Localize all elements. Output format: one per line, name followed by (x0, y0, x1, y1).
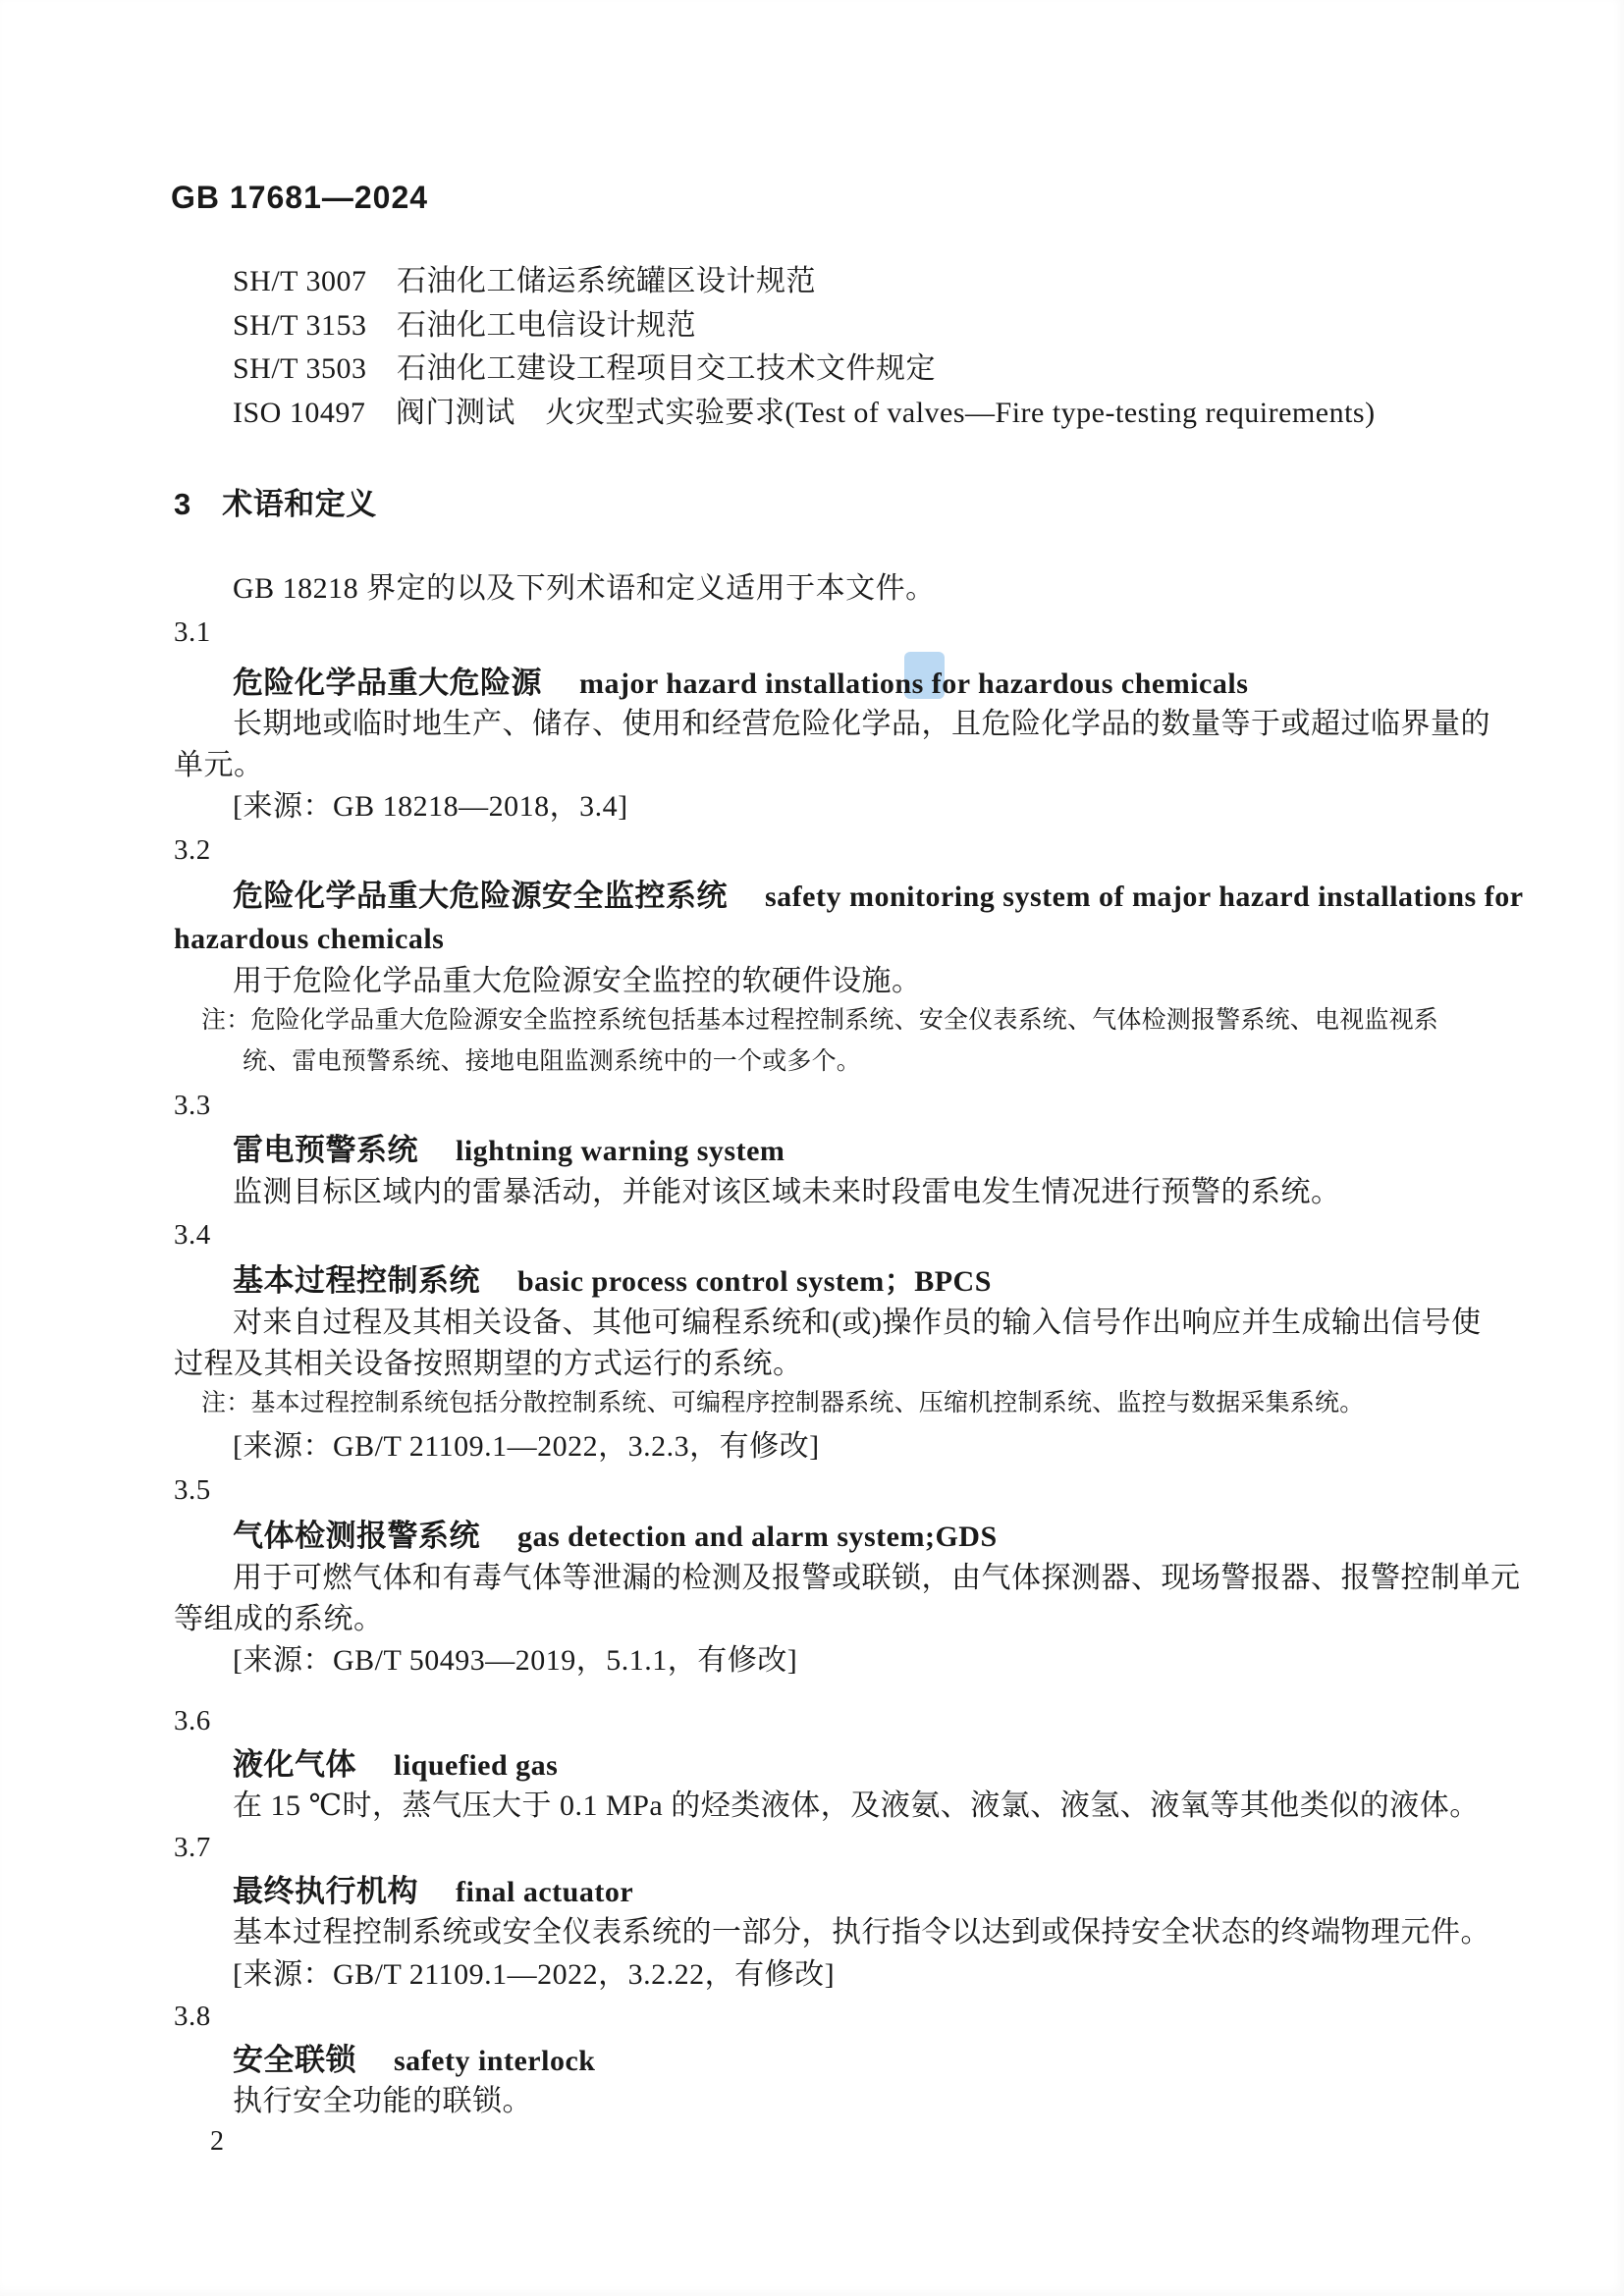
term-number: 3.8 (174, 2001, 211, 2033)
term-zh: 最终执行机构 (233, 1874, 418, 1908)
term-zh: 气体检测报警系统 (233, 1519, 480, 1553)
term-zh: 基本过程控制系统 (233, 1263, 480, 1298)
term-zh: 液化气体 (233, 1747, 356, 1782)
term-line: 基本过程控制系统basic process control system；BPC… (233, 1263, 992, 1300)
term-number: 3.5 (174, 1474, 211, 1507)
term-en: liquefied gas (394, 1749, 558, 1782)
term-number: 3.3 (174, 1090, 211, 1122)
term-definition: 监测目标区域内的雷暴活动，并能对该区域未来时段雷电发生情况进行预警的系统。 (233, 1176, 1341, 1210)
term-line: 最终执行机构final actuator (233, 1874, 633, 1910)
term-definition: 在 15 ℃时，蒸气压大于 0.1 MPa 的烃类液体，及液氨、液氯、液氢、液氧… (233, 1789, 1480, 1824)
page-number: 2 (210, 2126, 225, 2158)
term-en: lightning warning system (456, 1135, 785, 1167)
term-number: 3.4 (174, 1219, 211, 1252)
term-source: [来源：GB 18218—2018，3.4] (233, 790, 628, 825)
term-note: 统、雷电预警系统、接地电阻监测系统中的一个或多个。 (243, 1048, 861, 1077)
term-line: 雷电预警系统lightning warning system (233, 1133, 785, 1169)
term-definition: 等组成的系统。 (174, 1603, 384, 1637)
term-definition: 用于可燃气体和有毒气体等泄漏的检测及报警或联锁，由气体探测器、现场警报器、报警控… (233, 1562, 1521, 1596)
term-number: 3.7 (174, 1832, 211, 1864)
term-definition: 长期地或临时地生产、储存、使用和经营危险化学品，且危险化学品的数量等于或超过临界… (233, 708, 1490, 742)
section-intro: GB 18218 界定的以及下列术语和定义适用于本文件。 (233, 572, 936, 607)
term-definition: 对来自过程及其相关设备、其他可编程系统和(或)操作员的输入信号作出响应并生成输出… (233, 1307, 1481, 1341)
reference-line: SH/T 3503 石油化工建设工程项目交工技术文件规定 (233, 352, 936, 387)
term-zh: 安全联锁 (233, 2043, 356, 2077)
term-definition: 执行安全功能的联锁。 (233, 2085, 532, 2119)
term-source: [来源：GB/T 50493—2019，5.1.1，有修改] (233, 1644, 797, 1679)
term-zh: 雷电预警系统 (233, 1133, 418, 1167)
term-number: 3.6 (174, 1705, 211, 1737)
reference-line: SH/T 3007 石油化工储运系统罐区设计规范 (233, 265, 816, 299)
term-note: 注：基本过程控制系统包括分散控制系统、可编程序控制器系统、压缩机控制系统、监控与… (201, 1390, 1364, 1418)
term-definition: 过程及其相关设备按照期望的方式运行的系统。 (174, 1348, 803, 1382)
term-line: 液化气体liquefied gas (233, 1747, 558, 1784)
term-definition: 单元。 (174, 749, 264, 783)
term-number: 3.1 (174, 616, 211, 649)
reference-line: ISO 10497 阀门测试 火灾型式实验要求(Test of valves—F… (233, 397, 1376, 431)
term-en: major hazard installations for hazardous… (579, 667, 1248, 700)
standard-document-page: GB 17681—2024 SH/T 3007 石油化工储运系统罐区设计规范 S… (0, 0, 1624, 2296)
term-line: 气体检测报警系统gas detection and alarm system;G… (233, 1519, 998, 1555)
term-number: 3.2 (174, 834, 211, 867)
term-line: 安全联锁safety interlock (233, 2043, 595, 2079)
term-source: [来源：GB/T 21109.1—2022，3.2.3，有修改] (233, 1430, 820, 1465)
term-definition: 用于危险化学品重大危险源安全监控的软硬件设施。 (233, 965, 922, 999)
reference-line: SH/T 3153 石油化工电信设计规范 (233, 309, 696, 344)
term-line: 危险化学品重大危险源安全监控系统safety monitoring system… (233, 879, 1524, 915)
term-note: 注：危险化学品重大危险源安全监控系统包括基本过程控制系统、安全仪表系统、气体检测… (201, 1007, 1438, 1036)
term-en: final actuator (456, 1876, 633, 1908)
document-header: GB 17681—2024 (171, 180, 428, 216)
term-definition: 基本过程控制系统或安全仪表系统的一部分，执行指令以达到或保持安全状态的终端物理元… (233, 1916, 1490, 1950)
term-en: gas detection and alarm system;GDS (517, 1521, 998, 1553)
term-line: 危险化学品重大危险源major hazard installations for… (233, 666, 1248, 702)
term-en-continuation: hazardous chemicals (174, 923, 444, 957)
section-heading: 3 术语和定义 (174, 487, 377, 522)
term-en: safety monitoring system of major hazard… (765, 881, 1524, 913)
term-source: [来源：GB/T 21109.1—2022，3.2.22，有修改] (233, 1958, 835, 1993)
term-zh: 危险化学品重大危险源安全监控系统 (233, 879, 728, 913)
term-en: basic process control system；BPCS (517, 1265, 992, 1298)
term-zh: 危险化学品重大危险源 (233, 666, 542, 700)
term-en: safety interlock (394, 2045, 595, 2077)
